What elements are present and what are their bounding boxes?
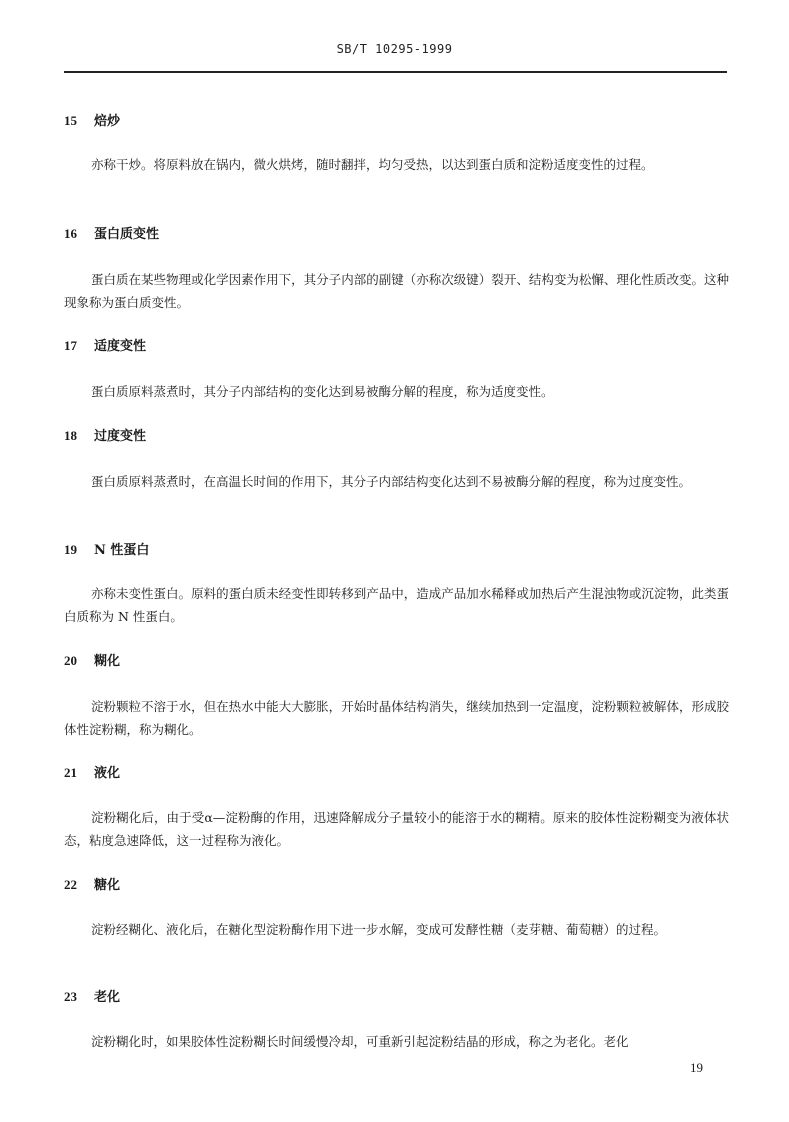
section-heading: 19N 性蛋白 (64, 539, 149, 558)
section-body: 亦称干炒。将原料放在锅内，微火烘烤，随时翻拌，均匀受热，以达到蛋白质和淀粉适度变… (64, 153, 729, 176)
section-number: 19 (64, 542, 94, 558)
section-title: 糖化 (94, 878, 120, 893)
header-rule (64, 71, 727, 73)
section-number: 16 (64, 226, 94, 242)
section-body: 淀粉糊化后，由于受α—淀粉酶的作用，迅速降解成分子量较小的能溶于水的糊精。原来的… (64, 806, 729, 852)
section-number: 22 (64, 877, 94, 893)
section-title: 适度变性 (94, 339, 146, 354)
section-body: 淀粉经糊化、液化后，在糖化型淀粉酶作用下进一步水解，变成可发酵性糖（麦芽糖、葡萄… (64, 918, 729, 941)
section-title: 糊化 (94, 654, 120, 669)
section-number: 23 (64, 989, 94, 1005)
section-title: 老化 (94, 990, 120, 1005)
section-number: 15 (64, 113, 94, 129)
section-body: 蛋白质原料蒸煮时，其分子内部结构的变化达到易被酶分解的程度，称为适度变性。 (64, 380, 729, 403)
section-number: 20 (64, 653, 94, 669)
section-title: 蛋白质变性 (94, 227, 159, 242)
section-number: 17 (64, 338, 94, 354)
section-heading: 17适度变性 (64, 335, 146, 354)
section-title: 过度变性 (94, 429, 146, 444)
section-heading: 21液化 (64, 762, 120, 781)
section-heading: 15焙炒 (64, 110, 120, 129)
section-heading: 23老化 (64, 986, 120, 1005)
section-body: 亦称未变性蛋白。原料的蛋白质未经变性即转移到产品中，造成产品加水稀释或加热后产生… (64, 582, 729, 628)
section-body: 淀粉糊化时，如果胶体性淀粉糊长时间缓慢冷却，可重新引起淀粉结晶的形成，称之为老化… (64, 1030, 729, 1053)
section-number: 18 (64, 428, 94, 444)
section-body: 蛋白质原料蒸煮时，在高温长时间的作用下，其分子内部结构变化达到不易被酶分解的程度… (64, 470, 729, 493)
section-heading: 20糊化 (64, 650, 120, 669)
section-body: 淀粉颗粒不溶于水，但在热水中能大大膨胀，开始时晶体结构消失，继续加热到一定温度，… (64, 695, 729, 741)
section-heading: 22糖化 (64, 874, 120, 893)
section-heading: 16蛋白质变性 (64, 223, 159, 242)
section-heading: 18过度变性 (64, 425, 146, 444)
section-title: N 性蛋白 (94, 543, 149, 558)
section-body: 蛋白质在某些物理或化学因素作用下，其分子内部的副键（亦称次级键）裂开、结构变为松… (64, 268, 729, 314)
page-number: 19 (690, 1060, 703, 1076)
section-title: 液化 (94, 766, 120, 781)
page-header-code: SB/T 10295-1999 (0, 42, 789, 56)
section-number: 21 (64, 765, 94, 781)
section-title: 焙炒 (94, 114, 120, 129)
